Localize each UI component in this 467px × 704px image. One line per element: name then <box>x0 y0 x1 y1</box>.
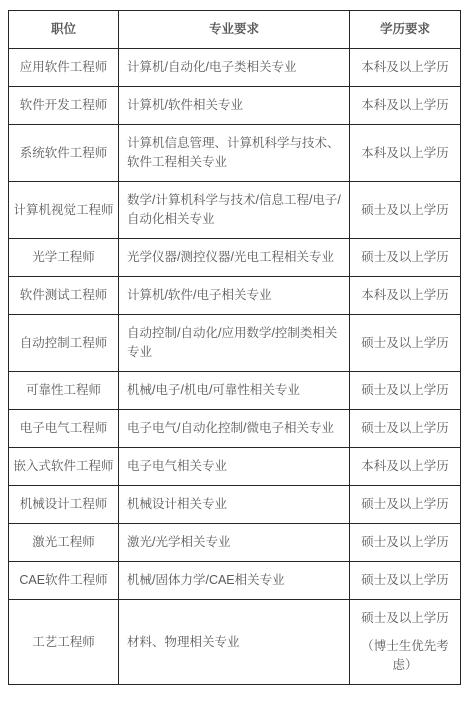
page: 职位 专业要求 学历要求 应用软件工程师计算机/自动化/电子类相关专业本科及以上… <box>0 0 467 704</box>
education-level: 硕士及以上学历 <box>354 381 456 400</box>
education-level: 硕士及以上学历 <box>354 201 456 220</box>
position-cell: 光学工程师 <box>9 239 119 277</box>
education-requirement-cell: 硕士及以上学历 <box>350 239 461 277</box>
education-level: 本科及以上学历 <box>354 96 456 115</box>
education-level: 硕士及以上学历 <box>354 419 456 438</box>
major-requirement-cell: 数学/计算机科学与技术/信息工程/电子/自动化相关专业 <box>119 182 350 239</box>
education-requirement-cell: 硕士及以上学历 <box>350 562 461 600</box>
education-level: 硕士及以上学历 <box>354 334 456 353</box>
table-body: 应用软件工程师计算机/自动化/电子类相关专业本科及以上学历软件开发工程师计算机/… <box>9 49 461 685</box>
major-requirement-cell: 光学仪器/测控仪器/光电工程相关专业 <box>119 239 350 277</box>
table-row: 计算机视觉工程师数学/计算机科学与技术/信息工程/电子/自动化相关专业硕士及以上… <box>9 182 461 239</box>
table-row: 嵌入式软件工程师电子电气相关专业本科及以上学历 <box>9 448 461 486</box>
position-cell: 可靠性工程师 <box>9 372 119 410</box>
education-level: 本科及以上学历 <box>354 457 456 476</box>
education-requirement-cell: 硕士及以上学历 <box>350 372 461 410</box>
table-row: 机械设计工程师机械设计相关专业硕士及以上学历 <box>9 486 461 524</box>
table-row: 可靠性工程师机械/电子/机电/可靠性相关专业硕士及以上学历 <box>9 372 461 410</box>
major-requirement-cell: 计算机信息管理、计算机科学与技术、软件工程相关专业 <box>119 125 350 182</box>
education-requirement-cell: 硕士及以上学历 <box>350 524 461 562</box>
education-level: 本科及以上学历 <box>354 286 456 305</box>
education-level: 硕士及以上学历 <box>354 533 456 552</box>
education-requirement-cell: 硕士及以上学历（博士生优先考虑） <box>350 600 461 685</box>
header-major: 专业要求 <box>119 11 350 49</box>
education-requirement-cell: 本科及以上学历 <box>350 87 461 125</box>
table-row: 软件测试工程师计算机/软件/电子相关专业本科及以上学历 <box>9 277 461 315</box>
major-requirement-cell: 材料、物理相关专业 <box>119 600 350 685</box>
education-requirement-cell: 硕士及以上学历 <box>350 182 461 239</box>
education-level: 硕士及以上学历 <box>354 495 456 514</box>
major-requirement-cell: 机械/电子/机电/可靠性相关专业 <box>119 372 350 410</box>
position-cell: 嵌入式软件工程师 <box>9 448 119 486</box>
education-requirement-cell: 本科及以上学历 <box>350 125 461 182</box>
major-requirement-cell: 机械设计相关专业 <box>119 486 350 524</box>
table-row: 电子电气工程师电子电气/自动化控制/微电子相关专业硕士及以上学历 <box>9 410 461 448</box>
position-cell: 软件开发工程师 <box>9 87 119 125</box>
table-row: 应用软件工程师计算机/自动化/电子类相关专业本科及以上学历 <box>9 49 461 87</box>
position-cell: 激光工程师 <box>9 524 119 562</box>
table-row: 自动控制工程师自动控制/自动化/应用数学/控制类相关专业硕士及以上学历 <box>9 315 461 372</box>
education-requirement-cell: 硕士及以上学历 <box>350 315 461 372</box>
header-position: 职位 <box>9 11 119 49</box>
major-requirement-cell: 计算机/自动化/电子类相关专业 <box>119 49 350 87</box>
job-requirements-table: 职位 专业要求 学历要求 应用软件工程师计算机/自动化/电子类相关专业本科及以上… <box>8 10 461 685</box>
position-cell: 机械设计工程师 <box>9 486 119 524</box>
education-note: （博士生优先考虑） <box>354 637 456 675</box>
major-requirement-cell: 电子电气相关专业 <box>119 448 350 486</box>
position-cell: 电子电气工程师 <box>9 410 119 448</box>
education-level: 硕士及以上学历 <box>354 248 456 267</box>
table-row: 软件开发工程师计算机/软件相关专业本科及以上学历 <box>9 87 461 125</box>
major-requirement-cell: 计算机/软件相关专业 <box>119 87 350 125</box>
education-requirement-cell: 硕士及以上学历 <box>350 486 461 524</box>
major-requirement-cell: 电子电气/自动化控制/微电子相关专业 <box>119 410 350 448</box>
education-requirement-cell: 硕士及以上学历 <box>350 410 461 448</box>
major-requirement-cell: 自动控制/自动化/应用数学/控制类相关专业 <box>119 315 350 372</box>
education-level: 本科及以上学历 <box>354 144 456 163</box>
position-cell: 应用软件工程师 <box>9 49 119 87</box>
position-cell: 自动控制工程师 <box>9 315 119 372</box>
position-cell: 工艺工程师 <box>9 600 119 685</box>
table-row: 激光工程师激光/光学相关专业硕士及以上学历 <box>9 524 461 562</box>
position-cell: 软件测试工程师 <box>9 277 119 315</box>
education-level: 本科及以上学历 <box>354 58 456 77</box>
table-row: CAE软件工程师机械/固体力学/CAE相关专业硕士及以上学历 <box>9 562 461 600</box>
table-header-row: 职位 专业要求 学历要求 <box>9 11 461 49</box>
education-level: 硕士及以上学历 <box>354 609 456 628</box>
education-requirement-cell: 本科及以上学历 <box>350 49 461 87</box>
table-row: 光学工程师光学仪器/测控仪器/光电工程相关专业硕士及以上学历 <box>9 239 461 277</box>
major-requirement-cell: 激光/光学相关专业 <box>119 524 350 562</box>
education-level: 硕士及以上学历 <box>354 571 456 590</box>
position-cell: CAE软件工程师 <box>9 562 119 600</box>
major-requirement-cell: 计算机/软件/电子相关专业 <box>119 277 350 315</box>
education-requirement-cell: 本科及以上学历 <box>350 448 461 486</box>
education-requirement-cell: 本科及以上学历 <box>350 277 461 315</box>
table-row: 系统软件工程师计算机信息管理、计算机科学与技术、软件工程相关专业本科及以上学历 <box>9 125 461 182</box>
table-row: 工艺工程师材料、物理相关专业硕士及以上学历（博士生优先考虑） <box>9 600 461 685</box>
header-education: 学历要求 <box>350 11 461 49</box>
major-requirement-cell: 机械/固体力学/CAE相关专业 <box>119 562 350 600</box>
position-cell: 计算机视觉工程师 <box>9 182 119 239</box>
position-cell: 系统软件工程师 <box>9 125 119 182</box>
